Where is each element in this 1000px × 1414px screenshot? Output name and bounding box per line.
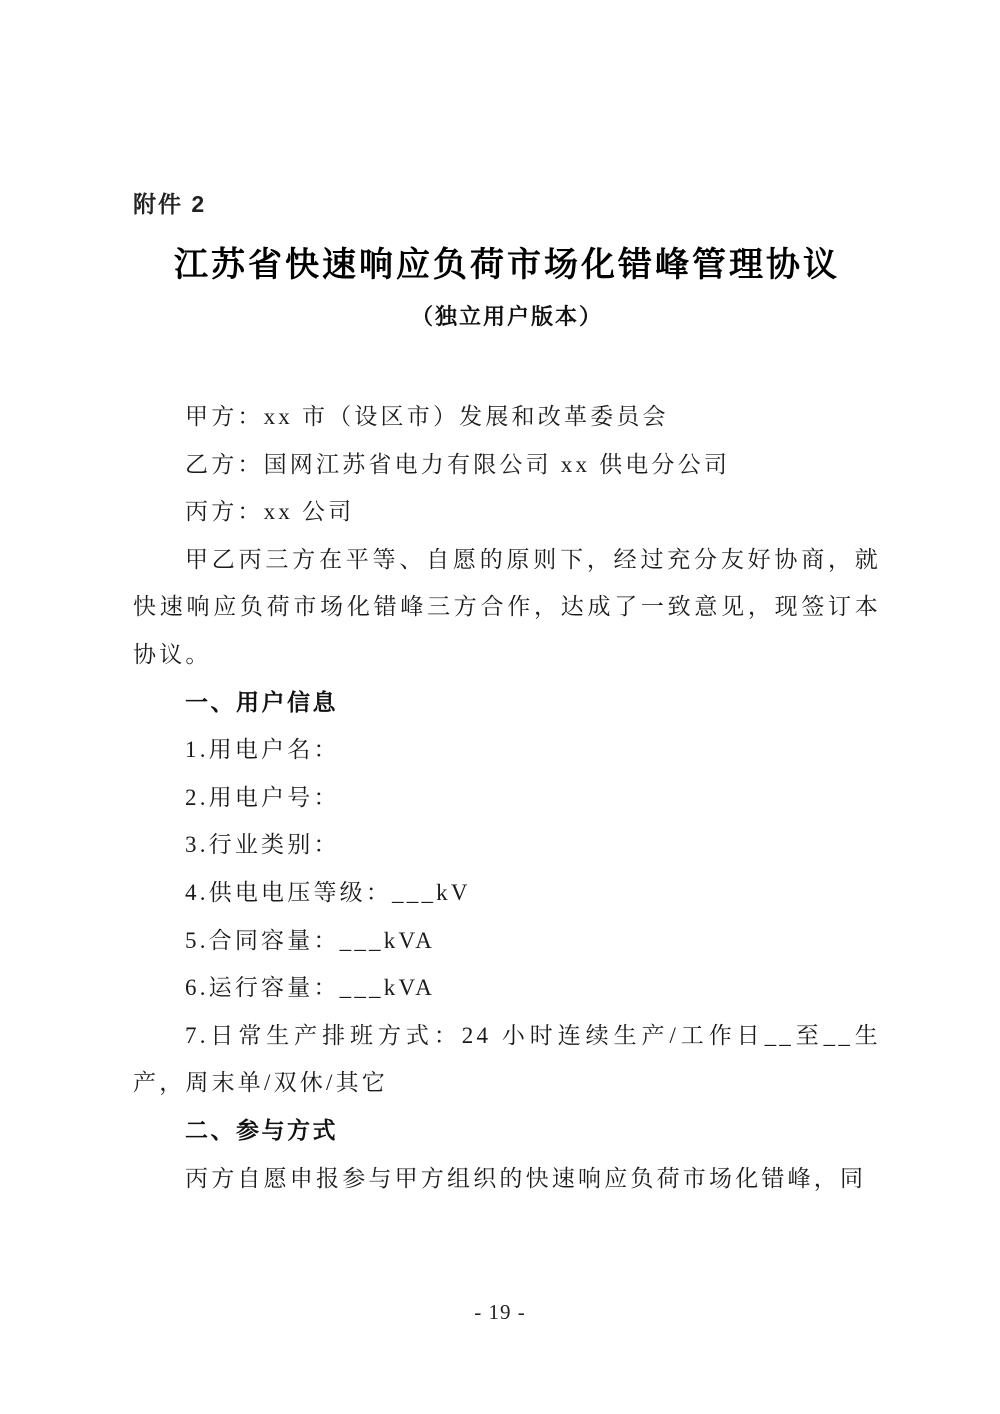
participation-paragraph: 丙方自愿申报参与甲方组织的快速响应负荷市场化错峰，同 xyxy=(133,1155,881,1203)
list-item-operating-capacity: 6.运行容量：___kVA xyxy=(133,964,881,1012)
section-heading-participation: 二、参与方式 xyxy=(133,1107,881,1155)
document-title: 江苏省快速响应负荷市场化错峰管理协议 xyxy=(133,237,881,286)
attachment-label: 附件 2 xyxy=(133,186,881,219)
document-body: 甲方：xx 市（设区市）发展和改革委员会 乙方：国网江苏省电力有限公司 xx 供… xyxy=(133,393,881,1202)
list-item-user-name: 1.用电户名： xyxy=(133,726,881,774)
party-line-c: 丙方：xx 公司 xyxy=(133,488,881,536)
document-page: 附件 2 江苏省快速响应负荷市场化错峰管理协议 （独立用户版本） 甲方：xx 市… xyxy=(0,0,1000,1414)
list-item-industry-category: 3.行业类别： xyxy=(133,821,881,869)
list-item-contract-capacity: 5.合同容量：___kVA xyxy=(133,917,881,965)
section-heading-user-info: 一、用户信息 xyxy=(133,679,881,727)
intro-paragraph: 甲乙丙三方在平等、自愿的原则下，经过充分友好协商，就快速响应负荷市场化错峰三方合… xyxy=(133,536,881,679)
list-item-production-schedule: 7.日常生产排班方式：24 小时连续生产/工作日__至__生产，周末单/双休/其… xyxy=(133,1012,881,1107)
page-number: - 19 - xyxy=(0,1300,1000,1325)
party-line-b: 乙方：国网江苏省电力有限公司 xx 供电分公司 xyxy=(133,441,881,489)
party-line-a: 甲方：xx 市（设区市）发展和改革委员会 xyxy=(133,393,881,441)
document-subtitle: （独立用户版本） xyxy=(133,300,881,331)
list-item-user-number: 2.用电户号： xyxy=(133,774,881,822)
list-item-voltage-level: 4.供电电压等级：___kV xyxy=(133,869,881,917)
